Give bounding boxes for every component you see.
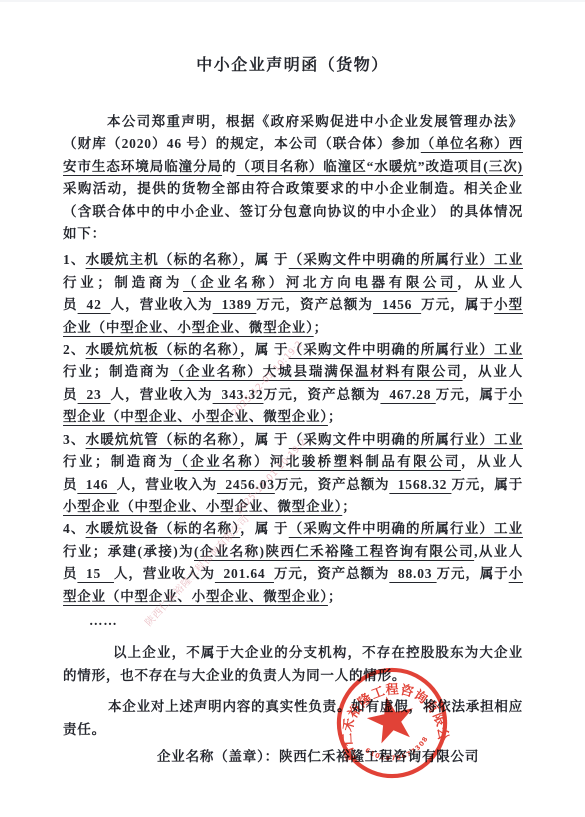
- static-text: 万元，属于: [437, 566, 509, 581]
- item-paragraph-2: 2、水暖炕炕板（标的名称），属 于（采购文件中明确的所属行业）工业行业；制造商为…: [63, 339, 523, 429]
- filled-value: （采购文件中明确的所属行业）工业: [289, 432, 523, 447]
- static-text: 万元，资产总额为: [274, 566, 389, 581]
- intro-paragraph: 本公司郑重声明，根据《政府采购促进中小企业发展管理办法》（财库（2020）46 …: [63, 111, 523, 245]
- filled-value: （采购文件中明确的所属行业）工业: [289, 521, 523, 536]
- static-text: 万元，属于: [451, 477, 523, 492]
- filled-value: 2456.03: [217, 477, 275, 492]
- filled-value: 15: [77, 566, 114, 581]
- static-text: ，属 于: [240, 342, 289, 357]
- signature-label: 企业名称（盖章）：: [157, 749, 279, 764]
- static-text: 1、: [63, 252, 86, 267]
- filled-value: 小型企业（中型企业、小型企业、微型企业）: [63, 499, 342, 514]
- static-text: 人，营业收入为: [111, 297, 213, 312]
- filled-value: 23: [78, 387, 111, 402]
- filled-value: 水暖炕炕管（标的名称）: [86, 432, 241, 447]
- static-text: 2、: [63, 342, 86, 357]
- item-paragraph-1: 1、水暖炕主机（标的名称），属 于（采购文件中明确的所属行业）工业行业；制造商为…: [63, 249, 523, 339]
- static-text: 人，营业收入为: [114, 566, 215, 581]
- closing-paragraph-1: 以上企业，不属于大企业的分支机构，不存在控股股东为大企业的情形，也不存在与大企业…: [63, 642, 523, 687]
- static-text: 人，营业收入为: [111, 387, 213, 402]
- signature-line: 企业名称（盖章）：陕西仁禾裕隆工程咨询有限公司: [63, 746, 523, 768]
- filled-value: 水暖炕设备（标的名称）: [86, 521, 241, 536]
- static-text: 万元，资产总额为: [256, 297, 373, 312]
- filled-value: 1456: [373, 297, 421, 312]
- static-text: 3、: [63, 432, 86, 447]
- static-text: 万元，属于: [436, 387, 509, 402]
- static-text: 行业；制造商为: [63, 275, 183, 290]
- static-text: ，属 于: [240, 432, 289, 447]
- static-text: 人，营业收入为: [117, 477, 217, 492]
- document-body: 本公司郑重声明，根据《政府采购促进中小企业发展管理办法》（财库（2020）46 …: [63, 111, 523, 768]
- filled-value: （采购文件中明确的所属行业）工业: [289, 252, 523, 267]
- filled-value: 1389: [213, 297, 257, 312]
- filled-value: 343.32: [213, 387, 264, 402]
- filled-value: 水暖炕主机（标的名称）: [86, 252, 241, 267]
- filled-value: （企业名称）河北方向电器有限公司: [183, 275, 457, 290]
- closing-paragraph-2: 本企业对上述声明内容的真实性负责。如有虚假，将依法承担相应责任。: [63, 696, 523, 741]
- filled-value: 146: [77, 477, 116, 492]
- seal-number-text: 6101970677308: [362, 733, 433, 768]
- filled-value: （项目名称）临潼区“水暖炕”改造项目(三次): [237, 159, 523, 174]
- filled-value: 水暖炕炕板（标的名称）: [86, 342, 241, 357]
- company-seal: 陕西仁禾裕隆工程咨询有限公司 6101970677308: [333, 664, 451, 782]
- static-text: 行业；承建(承接)为: [63, 544, 194, 559]
- static-text: 4、: [63, 521, 86, 536]
- static-text: ；: [314, 320, 328, 335]
- static-text: ；: [342, 499, 356, 514]
- static-text: 万元，资产总额为: [263, 387, 380, 402]
- filled-value: (企业名称)陕西仁禾裕隆工程咨询有限公司: [194, 544, 474, 559]
- item-paragraph-4: 4、水暖炕设备（标的名称），属 于（采购文件中明确的所属行业）工业行业；承建(承…: [63, 518, 523, 608]
- static-text: 万元，属于: [421, 297, 494, 312]
- static-text: 行业；制造商为: [63, 364, 171, 379]
- filled-value: （企业名称）大城县瑞满保温材料有限公司: [171, 364, 463, 379]
- static-text: 行业；制造商为: [63, 454, 174, 469]
- static-text: ；: [328, 409, 342, 424]
- item-paragraph-3: 3、水暖炕炕管（标的名称），属 于（采购文件中明确的所属行业）工业行业；制造商为…: [63, 429, 523, 519]
- filled-value: （企业名称）河北骏桥塑料制品有限公司: [174, 454, 461, 469]
- static-text: 采购活动，提供的货物全部由符合政策要求的中小企业制造。相关企业（含联合体中的中小…: [63, 181, 523, 241]
- filled-value: （采购文件中明确的所属行业）工业: [289, 342, 523, 357]
- ellipsis-line: ……: [63, 610, 523, 632]
- static-text: ；: [328, 589, 342, 604]
- filled-value: 88.03: [389, 566, 436, 581]
- document-page: 2025-12-01 10:19:2 2025-12-01 10:19:2 陕西…: [0, 0, 585, 817]
- filled-value: 1568.32: [389, 477, 451, 492]
- static-text: 万元，资产总额为: [275, 477, 390, 492]
- filled-value: 42: [78, 297, 111, 312]
- static-text: 的: [222, 159, 236, 174]
- static-text: ，属 于: [240, 521, 289, 536]
- filled-value: 201.64: [215, 566, 274, 581]
- page-title: 中小企业声明函（货物）: [0, 52, 585, 75]
- filled-value: 467.28: [380, 387, 435, 402]
- static-text: ，属 于: [240, 252, 289, 267]
